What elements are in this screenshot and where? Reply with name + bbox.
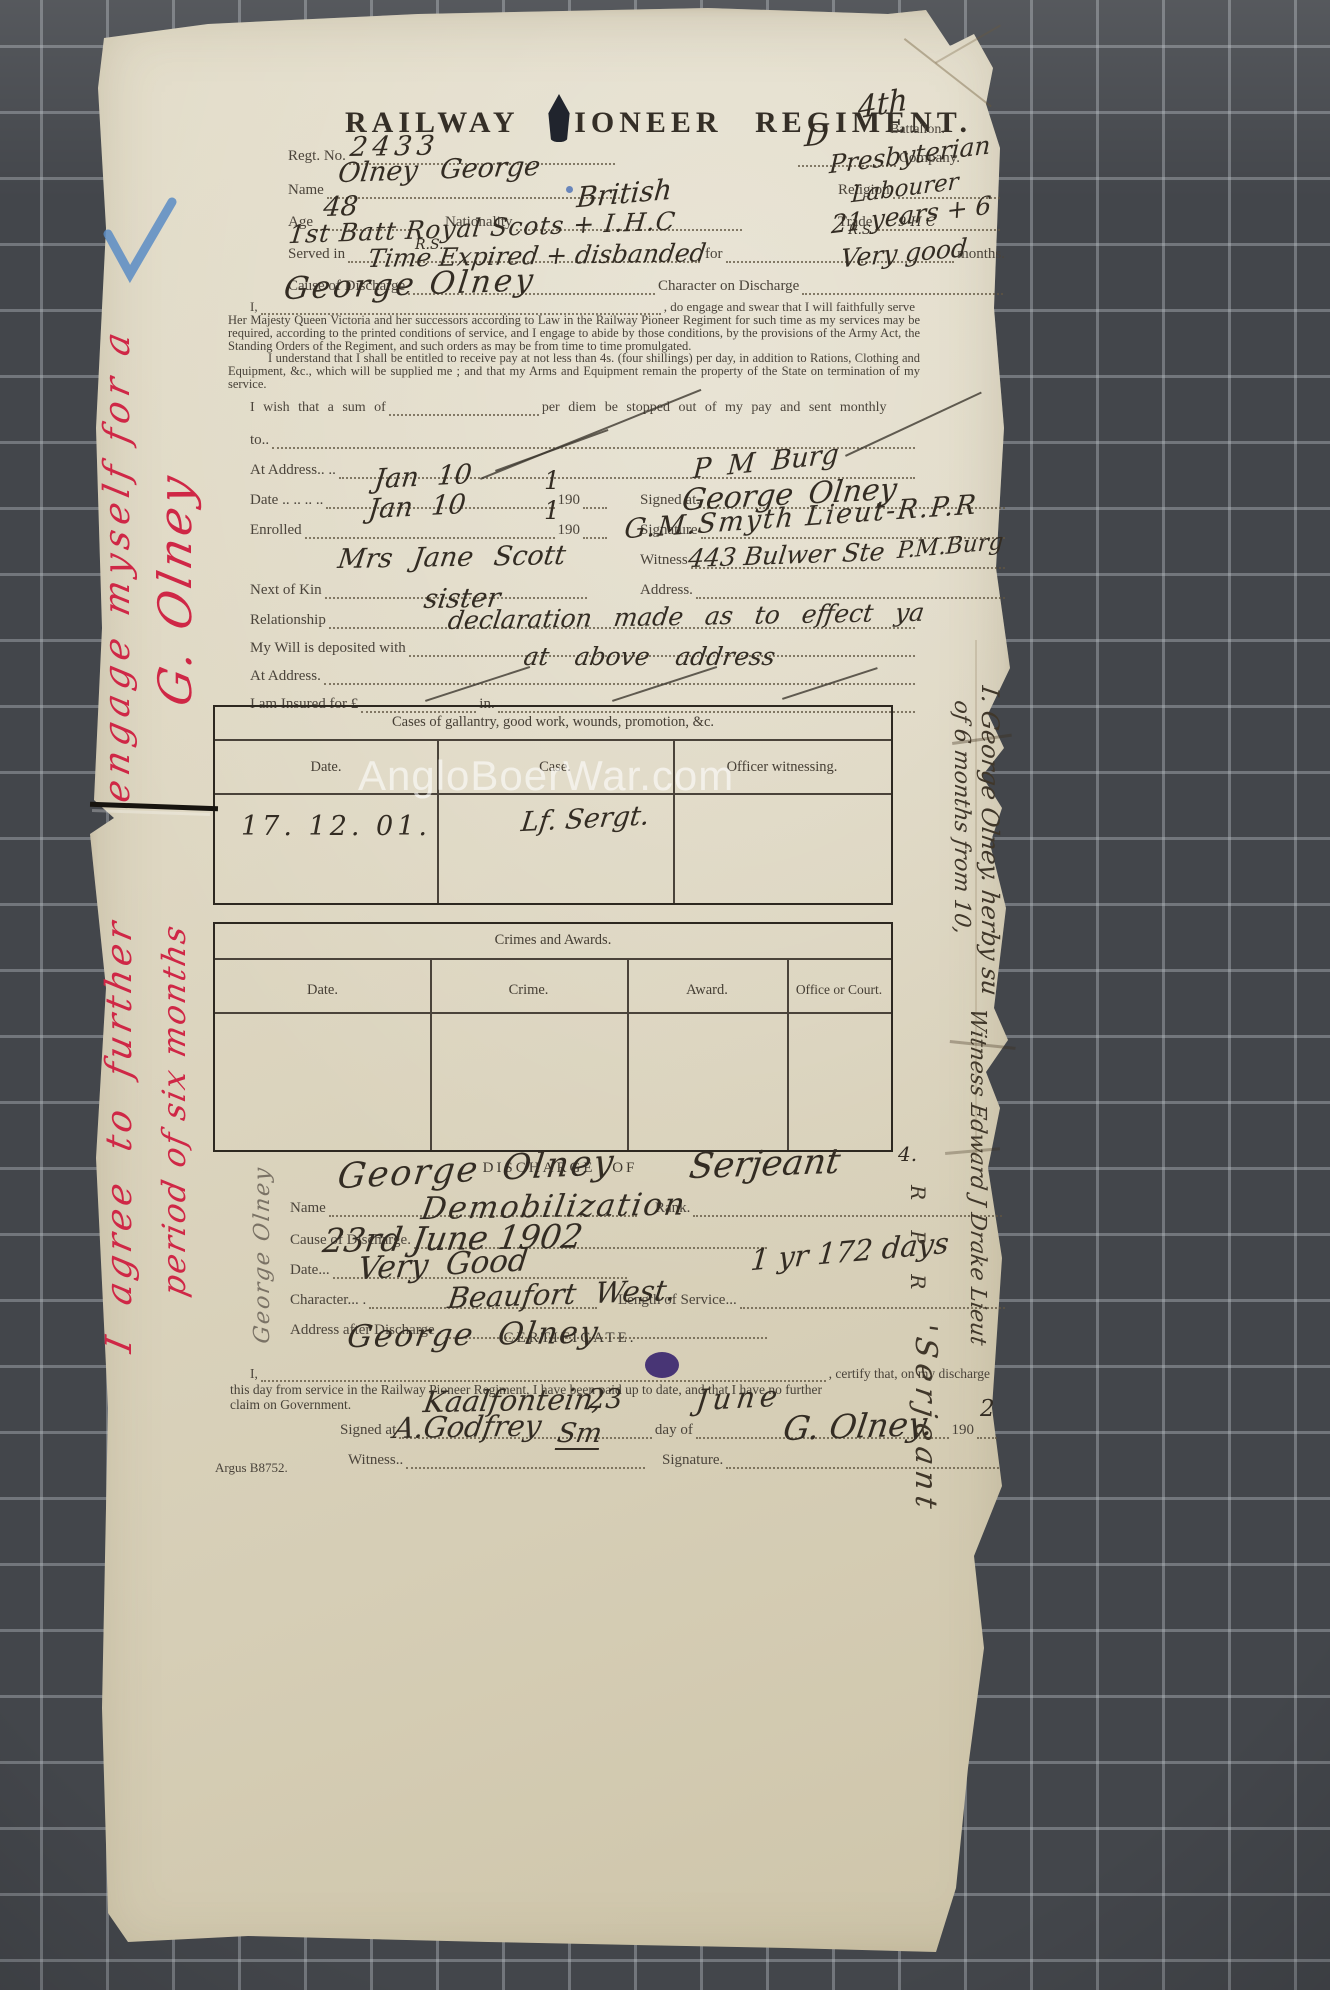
discharge-date-label: Date... <box>290 1262 330 1279</box>
dotted-line <box>693 1211 1002 1217</box>
at-address-label: At Address.. .. <box>250 462 336 479</box>
to-label: to.. <box>250 432 269 449</box>
crimes-col-award: Award. <box>627 982 787 999</box>
crimes-col-crime: Crime. <box>430 982 627 999</box>
crimes-table: Crimes and Awards. Date. Crime. Award. O… <box>213 922 893 1152</box>
date-year-value: 1 <box>544 468 560 493</box>
certificate-day-value: 23 <box>588 1386 622 1413</box>
enrolled-year-value: 1 <box>544 498 560 523</box>
blue-check-mark-icon <box>100 196 184 284</box>
table-rule <box>787 958 789 1150</box>
will-address-label: At Address. <box>250 668 321 685</box>
right-margin-note-1: I. George Olney. herby su <box>978 685 1002 998</box>
document-content: RAILWAY PIONEER REGIMENT. 4th Battalion.… <box>0 0 1330 1990</box>
will-address-value: at above address <box>522 644 777 669</box>
red-margin-note-upper-inner: G. Olney <box>152 468 198 709</box>
dotted-line <box>305 533 555 539</box>
crimes-col-office: Office or Court. <box>787 982 891 998</box>
crimes-col-date: Date. <box>215 982 430 999</box>
next-of-kin-label: Next of Kin <box>250 582 322 599</box>
gallantry-table-title: Cases of gallantry, good work, wounds, p… <box>215 714 891 731</box>
watermark-text: AngloBoerWar.com <box>358 752 734 800</box>
battalion-number-handwriting: 4th <box>858 85 908 124</box>
purple-ink-blot <box>645 1352 679 1378</box>
will-label: My Will is deposited with <box>250 640 406 657</box>
character-label: Character on Discharge <box>658 278 799 295</box>
character-row: Character on Discharge <box>658 278 1006 295</box>
certificate-witness-value: A.Godfrey <box>391 1411 543 1443</box>
right-margin-note-2: of 6 months from 10, <box>950 699 972 936</box>
regt-no-label: Regt. No. <box>288 148 346 165</box>
allotment-wish-row: I wish that a sum of per diem be stopped… <box>250 400 918 416</box>
discharge-character-label: Character... . <box>290 1292 366 1309</box>
name-value: Olney George <box>337 153 542 187</box>
next-of-kin-value: Mrs Jane Scott <box>336 542 567 573</box>
red-margin-note-lower-inner: period of six months <box>158 921 190 1299</box>
red-margin-note-upper-outer: engage myself for a <box>100 324 136 806</box>
right-margin-note-3: Witness Edward J Drake Lieut <box>966 1007 988 1347</box>
date-label: Date .. .. .. .. <box>250 492 323 509</box>
dotted-line <box>389 410 539 416</box>
discharge-address-value: Beaufort West. <box>446 1276 678 1313</box>
oath-name-value: George Olney <box>282 265 537 305</box>
certificate-month-value: June <box>694 1381 784 1415</box>
margin-number-note: 4. <box>898 1144 917 1164</box>
kin-address-value: 443 Bulwer Ste <box>687 539 886 571</box>
certificate-witness-suffix: Sm <box>555 1420 604 1450</box>
oath-paragraph-2: I understand that I shall be entitled to… <box>228 352 920 392</box>
kin-address-label: Address. <box>640 582 693 599</box>
wish-pre: I wish that a sum of <box>250 400 386 416</box>
table-rule <box>215 739 891 741</box>
certificate-signed-label: Signed at <box>340 1422 396 1439</box>
gallantry-row-date: 17. 12. 01. <box>241 813 431 840</box>
certificate-i-label: I, <box>250 1366 258 1382</box>
certificate-witness-label: Witness.. <box>348 1452 403 1469</box>
name-label: Name <box>288 182 324 199</box>
discharge-rank-value: Serjeant <box>687 1145 842 1185</box>
paper-crease <box>904 38 992 107</box>
year-prefix: 190 <box>952 1422 975 1439</box>
enrolled-value: Jan 10 <box>367 491 467 523</box>
certificate-signature-label: Signature. <box>662 1452 723 1469</box>
character-value: Very good <box>840 235 968 271</box>
length-of-service-row: Length of Service... <box>618 1292 1008 1309</box>
kin-address-row: Address. <box>640 582 1008 599</box>
certificate-signature-row: Signature. <box>662 1452 1002 1469</box>
table-rule <box>627 958 629 1150</box>
company-value: D <box>803 120 830 152</box>
witness-label: Witness <box>640 552 688 569</box>
relationship-label: Relationship <box>250 612 326 629</box>
certificate-opening-row: I, , certify that, on my discharge <box>250 1366 990 1382</box>
paper-crease <box>935 25 1001 64</box>
next-of-kin-row: Next of Kin <box>250 582 590 599</box>
day-of-label: day of <box>655 1422 693 1439</box>
table-rule <box>215 1012 891 1014</box>
right-margin-note-5: 'Serjeant <box>910 1321 940 1516</box>
certificate-witness-row: Witness.. <box>348 1452 648 1469</box>
dotted-line <box>406 1463 645 1469</box>
dotted-line <box>802 289 1003 295</box>
discharge-rank-row: Rank. <box>655 1200 1005 1217</box>
dotted-line <box>583 533 607 539</box>
dotted-line <box>726 1463 999 1469</box>
paper-crease <box>975 640 977 1160</box>
dotted-line <box>583 503 607 509</box>
crimes-table-title: Crimes and Awards. <box>215 932 891 949</box>
gallantry-table: Cases of gallantry, good work, wounds, p… <box>213 705 893 905</box>
table-rule <box>430 958 432 1150</box>
certificate-name-value: George Olney <box>345 1318 602 1353</box>
dotted-line <box>977 1433 997 1439</box>
for-label: for <box>705 246 723 263</box>
oath-paragraph-1: Her Majesty Queen Victoria and her succe… <box>228 314 920 354</box>
photo-of-attestation-form: RAILWAY PIONEER REGIMENT. 4th Battalion.… <box>0 0 1330 1990</box>
table-rule <box>215 958 891 960</box>
battalion-label: Battalion. <box>890 122 945 138</box>
red-margin-note-lower-outer: I agree to further <box>102 915 138 1356</box>
year-prefix: 190 <box>558 522 581 539</box>
wish-post: per diem be stopped out of my pay and se… <box>542 400 887 416</box>
right-margin-note-4: R P R <box>908 1185 928 1301</box>
discharge-name-label: Name <box>290 1200 326 1217</box>
year-prefix: 190 <box>558 492 581 509</box>
blue-ink-speck <box>566 186 573 193</box>
pencil-name-note: George Olney <box>252 1165 274 1345</box>
gallantry-row-case: Lf. Sergt. <box>520 802 651 836</box>
certificate-year-value: 2 <box>980 1398 995 1421</box>
enrolled-label: Enrolled <box>250 522 302 539</box>
printer-plate-mark: Argus B8752. <box>215 1460 288 1476</box>
